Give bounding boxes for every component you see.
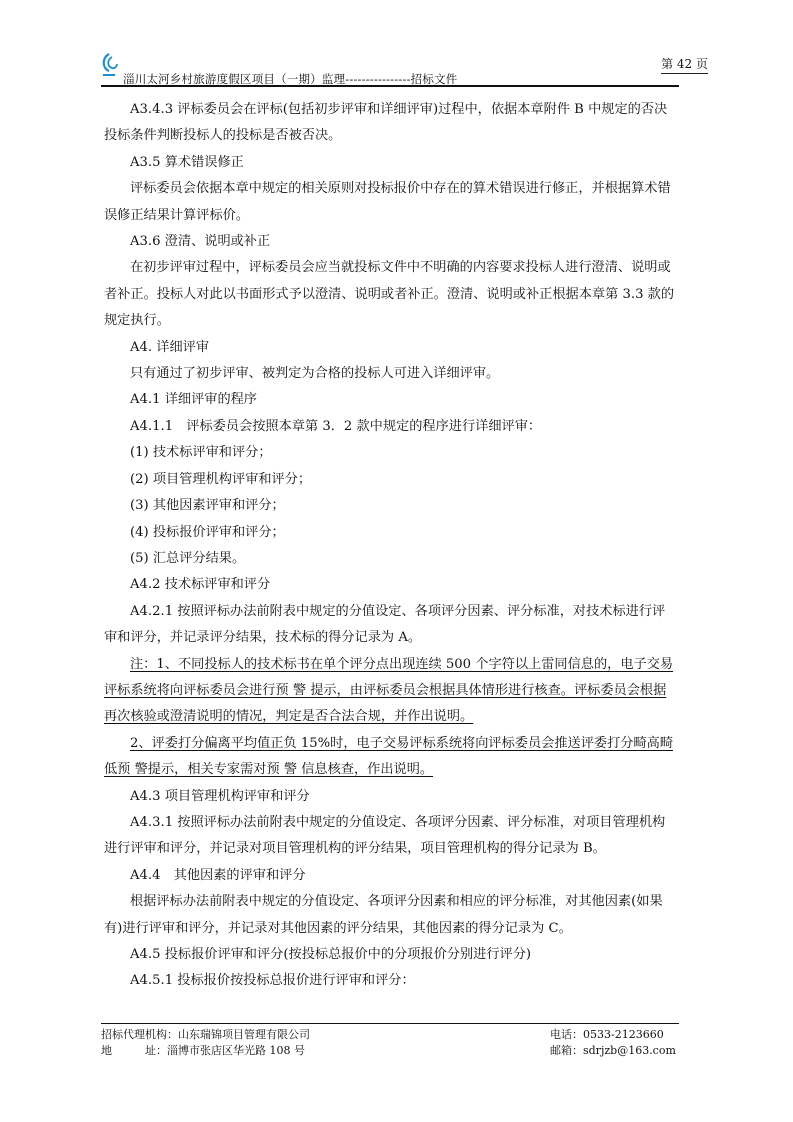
paragraph: 有)进行评审和评分，并记录对其他因素的评分结果，其他因素的得分记录为 C。 — [104, 916, 684, 942]
paragraph: A3.4.3 评标委员会在评标(包括初步评审和详细评审)过程中，依据本章附件 B… — [104, 97, 684, 123]
paragraph: 在初步评审过程中，评标委员会应当就投标文件中不明确的内容要求投标人进行澄清、说明… — [104, 255, 684, 281]
page-header: 淄川太河乡村旅游度假区项目（一期）监理----------------招标文件 … — [101, 52, 708, 86]
agency-address: 地 址：淄博市张店区华光路 108 号 — [101, 1043, 305, 1059]
note-paragraph: 评标系统将向评标委员会进行预 警 提示，由评标委员会根据具体情形进行核查。评标委… — [104, 678, 684, 704]
paragraph: 评标委员会依据本章中规定的相关原则对投标报价中存在的算术错误进行修正，并根据算术… — [104, 176, 684, 202]
section-heading: A3.5 算术错误修正 — [104, 150, 684, 176]
paragraph: A4.5.1 投标报价按投标总报价进行评审和评分： — [104, 968, 684, 994]
section-heading: A4.1 详细评审的程序 — [104, 387, 684, 413]
note-paragraph: 注：1、不同投标人的技术标书在单个评分点出现连续 500 个字符以上雷同信息的，… — [104, 652, 684, 678]
note-paragraph: 低预 警提示，相关专家需对预 警 信息核查，作出说明。 — [104, 757, 684, 783]
footer-divider — [101, 1023, 679, 1024]
phone-number: 电话：0533-2123660 — [550, 1027, 664, 1043]
paragraph: 只有通过了初步评审、被判定为合格的投标人可进入详细评审。 — [104, 361, 684, 387]
section-heading: A4. 详细评审 — [104, 335, 684, 361]
list-item: (2) 项目管理机构评审和评分； — [104, 467, 684, 493]
note-paragraph: 再次核验或澄清说明的情况，判定是否合法合规，并作出说明。 — [104, 704, 684, 730]
agency-name: 招标代理机构：山东瑞锦项目管理有限公司 — [101, 1027, 310, 1043]
list-item: (3) 其他因素评审和评分； — [104, 493, 684, 519]
document-body: A3.4.3 评标委员会在评标(包括初步评审和详细评审)过程中，依据本章附件 B… — [104, 97, 684, 995]
list-item: (4) 投标报价评审和评分； — [104, 520, 684, 546]
paragraph: 投标条件判断投标人的投标是否被否决。 — [104, 123, 684, 149]
header-divider — [101, 85, 679, 87]
paragraph: 根据评标办法前附表中规定的分值设定、各项评分因素和相应的评分标准，对其他因素(如… — [104, 889, 684, 915]
section-heading: A4.2 技术标评审和评分 — [104, 572, 684, 598]
paragraph: 进行评审和评分，并记录对项目管理机构的评分结果，项目管理机构的得分记录为 B。 — [104, 836, 684, 862]
paragraph: A4.3.1 按照评标办法前附表中规定的分值设定、各项评分因素、评分标准，对项目… — [104, 810, 684, 836]
section-heading: A4.3 项目管理机构评审和评分 — [104, 784, 684, 810]
company-logo-icon — [101, 52, 119, 78]
list-item: (5) 汇总评分结果。 — [104, 546, 684, 572]
paragraph: 误修正结果计算评标价。 — [104, 203, 684, 229]
paragraph: A4.1.1 评标委员会按照本章第 3．2 款中规定的程序进行详细评审： — [104, 414, 684, 440]
section-heading: A3.6 澄清、说明或补正 — [104, 229, 684, 255]
paragraph: A4.2.1 按照评标办法前附表中规定的分值设定、各项评分因素、评分标准，对技术… — [104, 599, 684, 625]
page-number: 第 42 页 — [661, 55, 708, 74]
list-item: (1) 技术标评审和评分； — [104, 440, 684, 466]
page-footer: 招标代理机构：山东瑞锦项目管理有限公司 电话：0533-2123660 地 址：… — [101, 1027, 681, 1059]
paragraph: 者补正。投标人对此以书面形式予以澄清、说明或者补正。澄清、说明或补正根据本章第 … — [104, 282, 684, 308]
paragraph: 审和评分，并记录评分结果，技术标的得分记录为 A。 — [104, 625, 684, 651]
note-paragraph: 2、评委打分偏离平均值正负 15%时，电子交易评标系统将向评标委员会推送评委打分… — [104, 731, 684, 757]
paragraph: 规定执行。 — [104, 308, 684, 334]
email-address: 邮箱：sdrjzb@163.com — [550, 1043, 676, 1059]
section-heading: A4.5 投标报价评审和评分(按投标总报价中的分项报价分别进行评分) — [104, 942, 684, 968]
section-heading: A4.4 其他因素的评审和评分 — [104, 863, 684, 889]
